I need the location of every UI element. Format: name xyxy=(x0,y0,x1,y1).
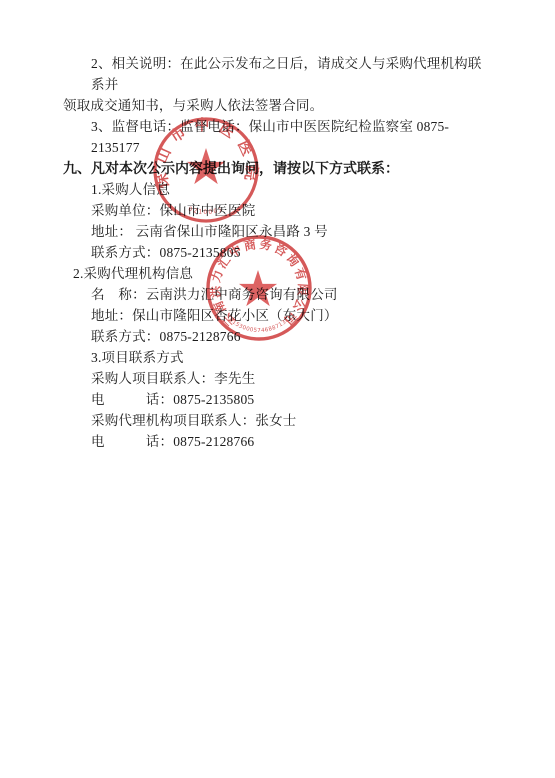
hospital-seal-code-text: 0210001 xyxy=(187,206,225,216)
agency-seal-star-icon xyxy=(239,270,277,306)
line-purchaser-info-heading: 1.采购人信息 xyxy=(63,179,495,200)
hospital-seal-star-icon xyxy=(187,148,225,184)
document-page: 2、相关说明：在此公示发布之日后，请成交人与采购代理机构联系并 领取成交通知书，… xyxy=(0,0,555,778)
line-purchaser-unit: 采购单位：保山市中医医院 xyxy=(63,200,495,221)
line-purchaser-contact-person: 采购人项目联系人：李先生 xyxy=(63,368,495,389)
line-supervision-phone: 3、监督电话：监督电话：保山市中医医院纪检监察室 0875-2135177 xyxy=(63,116,495,158)
line-agency-contact-person: 采购代理机构项目联系人：张女士 xyxy=(63,410,495,431)
hospital-seal-stamp: 保山市中医医院 0210001 xyxy=(151,115,261,225)
section-9-heading: 九、凡对本次公示内容提出询问，请按以下方式联系： xyxy=(63,158,495,179)
svg-text:0210001: 0210001 xyxy=(187,206,225,216)
agency-seal-stamp: 云南洪力汇中商务咨询有限公司 9153000574688713L xyxy=(204,233,314,343)
line-related-note-2: 领取成交通知书，与采购人依法签署合同。 xyxy=(63,95,495,116)
line-agency-phone: 电 话：0875-2128766 xyxy=(63,431,495,452)
line-project-contact-heading: 3.项目联系方式 xyxy=(63,347,495,368)
line-related-note-1: 2、相关说明：在此公示发布之日后，请成交人与采购代理机构联系并 xyxy=(63,53,495,95)
line-purchaser-phone: 电 话：0875-2135805 xyxy=(63,389,495,410)
